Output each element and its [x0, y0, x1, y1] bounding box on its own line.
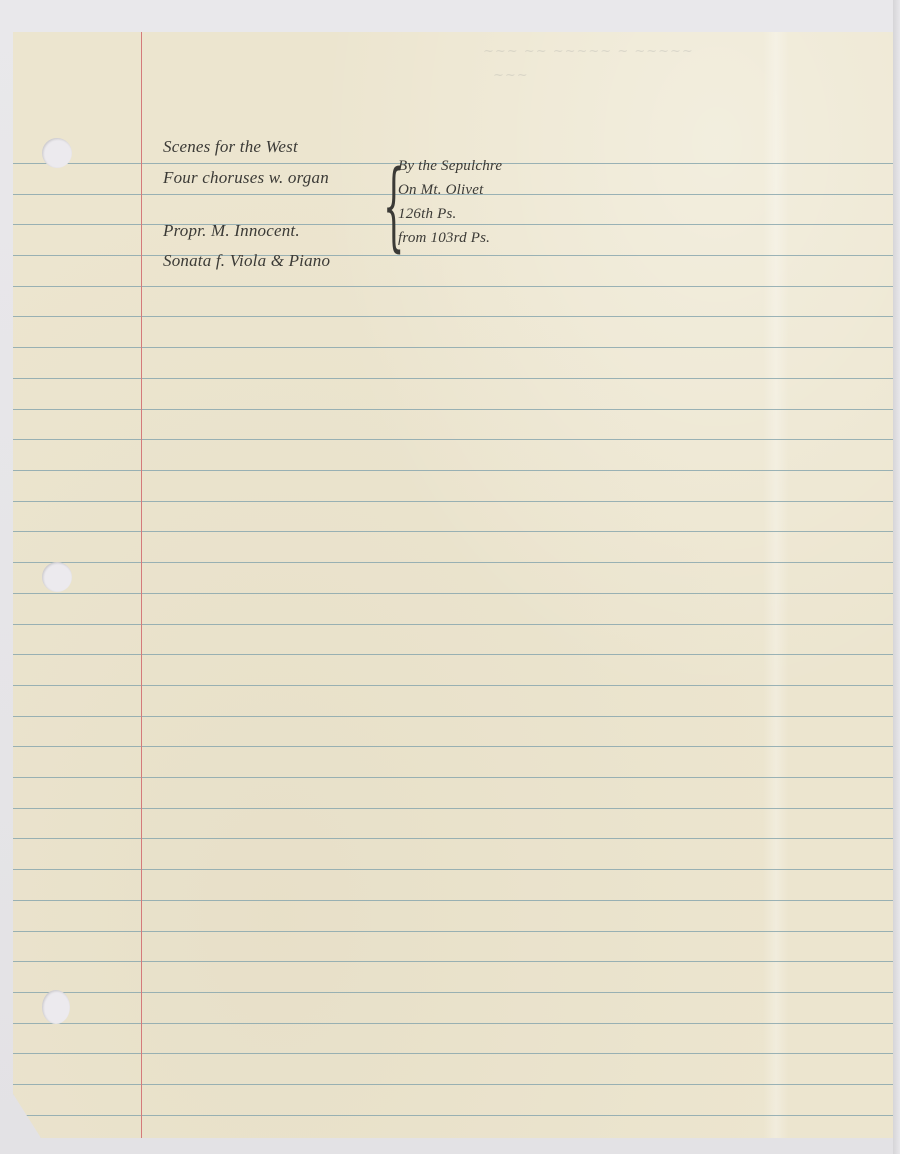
- ruled-line: [13, 378, 893, 379]
- note-bracket-item: On Mt. Olivet: [398, 182, 484, 199]
- ruled-line: [13, 777, 893, 778]
- note-bracket-item: from 103rd Ps.: [398, 230, 490, 247]
- ruled-line: [13, 838, 893, 839]
- ruled-line: [13, 531, 893, 532]
- ruled-line: [13, 624, 893, 625]
- note-sonata-viola-piano: Sonata f. Viola & Piano: [163, 251, 330, 271]
- ruled-line: [13, 1115, 893, 1116]
- note-bracket-item: 126th Ps.: [398, 206, 456, 223]
- ruled-line: [13, 347, 893, 348]
- ruled-line: [13, 1023, 893, 1024]
- punch-hole-bottom: [42, 990, 70, 1024]
- ruled-line: [13, 746, 893, 747]
- ruled-line: [13, 808, 893, 809]
- ruled-line: [13, 470, 893, 471]
- ruled-line: [13, 900, 893, 901]
- punch-hole-middle: [42, 562, 72, 592]
- note-scenes-for-the-west: Scenes for the West: [163, 137, 298, 157]
- red-margin-line: [141, 32, 142, 1138]
- ruled-line: [13, 316, 893, 317]
- note-propr-m-innocent: Propr. M. Innocent.: [163, 221, 300, 241]
- ruled-line: [13, 409, 893, 410]
- ruled-line: [13, 439, 893, 440]
- ruled-line: [13, 562, 893, 563]
- ruled-line: [13, 654, 893, 655]
- ruled-line: [13, 501, 893, 502]
- paper-fold-highlight: [763, 32, 789, 1138]
- notebook-page: ~~~ ~~ ~~~~~ ~ ~~~~~ ~~~ Scenes for the …: [13, 32, 893, 1138]
- note-four-choruses: Four choruses w. organ: [163, 168, 329, 188]
- ruled-line: [13, 869, 893, 870]
- punch-hole-top: [42, 138, 72, 168]
- ruled-line: [13, 961, 893, 962]
- ruled-line: [13, 1053, 893, 1054]
- ruled-line: [13, 255, 893, 256]
- ruled-line: [13, 593, 893, 594]
- ruled-line: [13, 931, 893, 932]
- note-bracket-item: By the Sepulchre: [398, 158, 502, 175]
- ruled-line: [13, 286, 893, 287]
- page-edge-shadow: [893, 0, 900, 1154]
- ruled-line: [13, 685, 893, 686]
- ruled-line: [13, 992, 893, 993]
- bleed-through-text: ~~~ ~~ ~~~~~ ~ ~~~~~: [483, 44, 694, 59]
- ruled-line: [13, 1084, 893, 1085]
- bleed-through-text: ~~~: [493, 68, 529, 83]
- ruled-line: [13, 716, 893, 717]
- ruled-line: [13, 224, 893, 225]
